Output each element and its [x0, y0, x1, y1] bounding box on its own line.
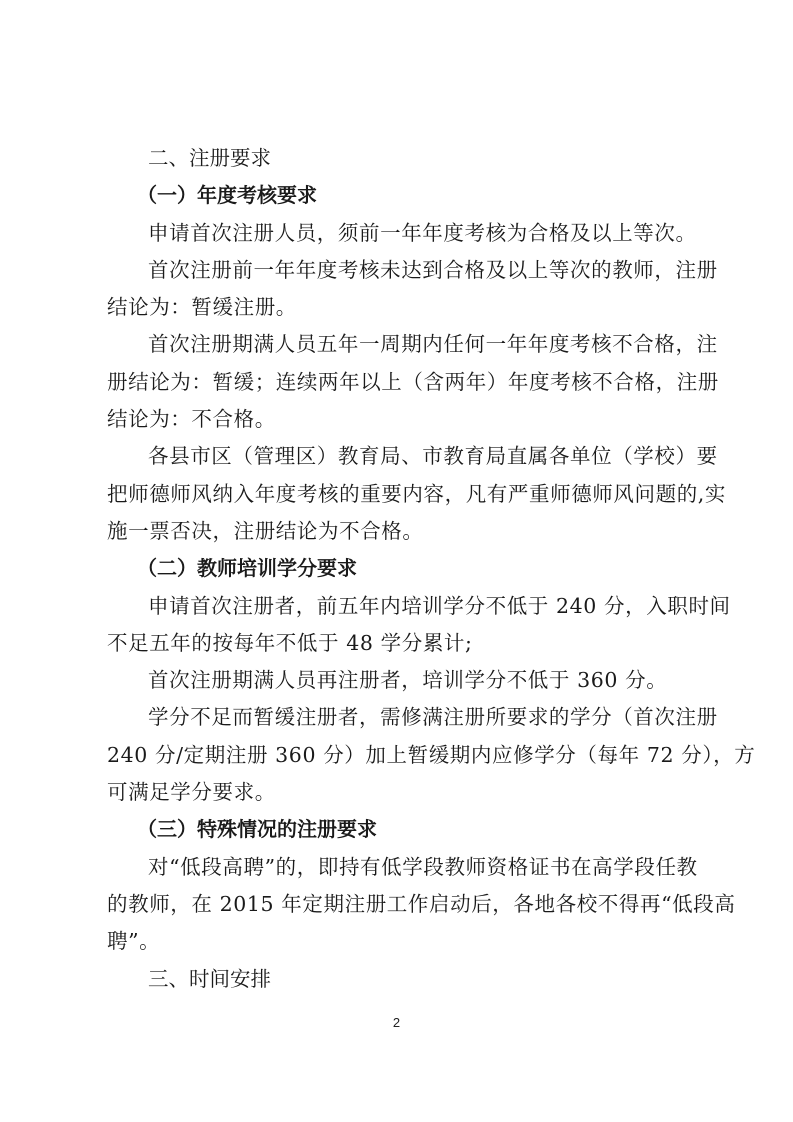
paragraph-line: 首次注册期满人员五年一周期内任何一年年度考核不合格，注: [107, 326, 697, 363]
paragraph-line: 不足五年的按每年不低于 48 学分累计;: [107, 625, 697, 662]
paragraph-line: 把师德师风纳入年度考核的重要内容，凡有严重师德师风问题的,实: [107, 476, 697, 513]
section-heading-registration-requirements: 二、注册要求: [107, 140, 697, 177]
paragraph-line: 结论为：不合格。: [107, 401, 697, 438]
paragraph-line: 学分不足而暂缓注册者，需修满注册所要求的学分（首次注册: [107, 699, 697, 736]
paragraph-line: 首次注册前一年年度考核未达到合格及以上等次的教师，注册: [107, 252, 697, 289]
subsection-heading-training-credits: （二）教师培训学分要求: [107, 550, 697, 587]
paragraph-line: 的教师，在 2015 年定期注册工作启动后，各地各校不得再“低段高: [107, 886, 697, 923]
page-number: 2: [0, 1015, 793, 1030]
paragraph-line: 结论为：暂缓注册。: [107, 289, 697, 326]
subsection-heading-annual-assessment: （一）年度考核要求: [107, 177, 697, 214]
paragraph-line: 聘”。: [107, 923, 697, 960]
paragraph-line: 各县市区（管理区）教育局、市教育局直属各单位（学校）要: [107, 438, 697, 475]
section-heading-schedule: 三、时间安排: [107, 961, 697, 998]
paragraph-line: 对“低段高聘”的，即持有低学段教师资格证书在高学段任教: [107, 849, 697, 886]
paragraph-line: 册结论为：暂缓；连续两年以上（含两年）年度考核不合格，注册: [107, 364, 697, 401]
document-body: 二、注册要求 （一）年度考核要求 申请首次注册人员，须前一年年度考核为合格及以上…: [107, 140, 697, 998]
paragraph-line: 240 分/定期注册 360 分）加上暂缓期内应修学分（每年 72 分），方: [107, 737, 697, 774]
paragraph-line: 可满足学分要求。: [107, 774, 697, 811]
paragraph-line: 首次注册期满人员再注册者，培训学分不低于 360 分。: [107, 662, 697, 699]
paragraph-line: 申请首次注册者，前五年内培训学分不低于 240 分，入职时间: [107, 588, 697, 625]
paragraph-line: 申请首次注册人员，须前一年年度考核为合格及以上等次。: [107, 215, 697, 252]
paragraph-line: 施一票否决，注册结论为不合格。: [107, 513, 697, 550]
subsection-heading-special-cases: （三）特殊情况的注册要求: [107, 811, 697, 848]
